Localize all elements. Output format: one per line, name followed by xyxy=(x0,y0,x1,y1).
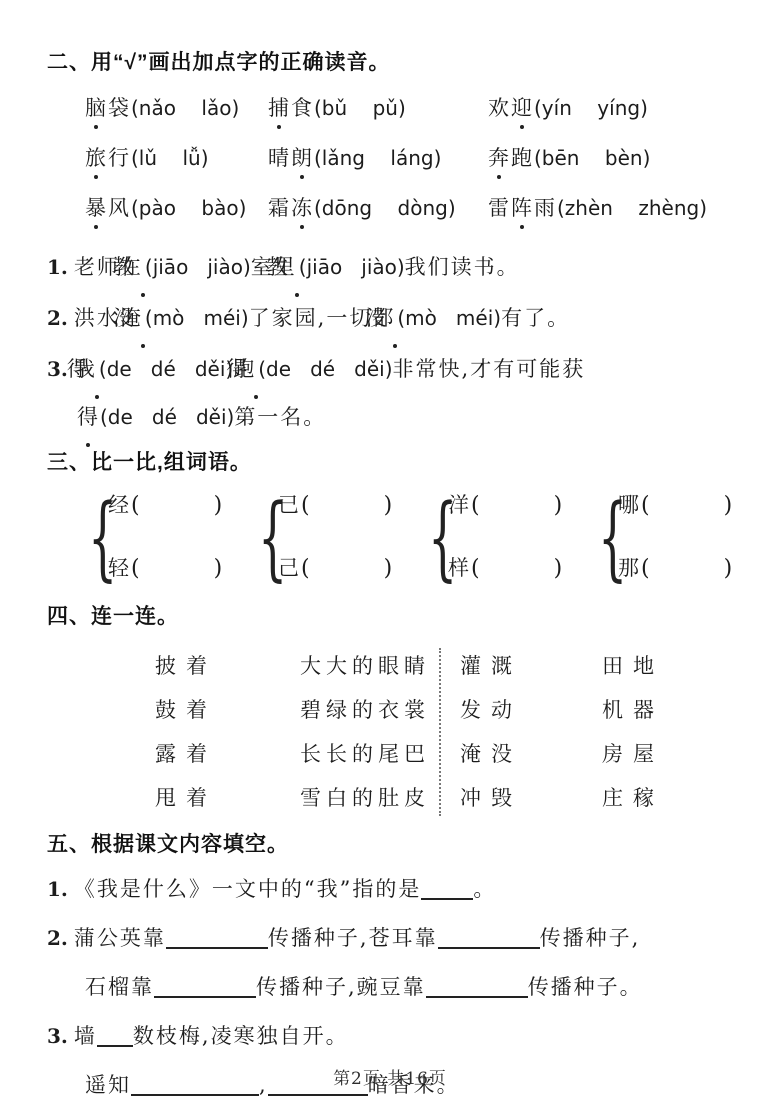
word-entry: 捕食(bǔ pǔ) xyxy=(268,92,488,142)
item-number: 3. xyxy=(47,357,68,381)
open-paren: ( xyxy=(131,556,140,581)
pinyin-options: (bǔ pǔ) xyxy=(314,96,406,120)
brace-glyph: { xyxy=(428,488,438,588)
close-paren: ) xyxy=(384,556,393,581)
pinyin-options: (lǎng láng) xyxy=(314,146,441,170)
word-entry: 暴风(pào bào) xyxy=(85,192,268,242)
match-item: 房屋 xyxy=(602,732,664,776)
pinyin-word-grid: 脑袋(nǎo lǎo) 捕食(bǔ pǔ) 欢迎(yín yíng) 旅行(lǔ… xyxy=(85,92,740,242)
dotted-char: 冻 xyxy=(291,192,312,222)
answer-blank xyxy=(166,931,268,949)
pinyin-options: (de dé děi) xyxy=(100,405,234,429)
compare-group: { 哪() 那() xyxy=(598,488,740,588)
word-pre: 晴 xyxy=(268,146,291,170)
pinyin-options: (mò méi) xyxy=(145,306,249,330)
match-item: 露着 xyxy=(155,732,300,776)
match-column-left-phrases: 大大的眼睛 碧绿的衣裳 长长的尾巴 雪白的肚皮 xyxy=(300,644,439,820)
item-number: 1. xyxy=(47,255,68,279)
answer-blank xyxy=(438,931,540,949)
match-item: 甩着 xyxy=(155,776,300,820)
match-item: 机器 xyxy=(602,688,664,732)
word-post: 风 xyxy=(108,196,131,220)
item-text: 传播种子, xyxy=(540,926,641,950)
word-pre: 霜 xyxy=(268,196,291,220)
answer-blank xyxy=(97,1029,133,1047)
close-paren: ) xyxy=(724,556,733,581)
match-item: 碧绿的衣裳 xyxy=(300,688,439,732)
fill-blank-item-2-line-1: 2.蒲公英靠传播种子,苍耳靠传播种子, xyxy=(47,923,740,956)
answer-blank xyxy=(421,882,473,900)
dotted-char: 暴 xyxy=(85,192,106,222)
pinyin-options: (mò méi) xyxy=(397,306,501,330)
pinyin-options: (lǔ lǚ) xyxy=(131,146,209,170)
pinyin-options: (yín yíng) xyxy=(534,96,648,120)
close-paren: ) xyxy=(554,556,563,581)
pinyin-options: (de dé děi) xyxy=(258,357,392,381)
match-item: 鼓着 xyxy=(155,688,300,732)
word-entry: 脑袋(nǎo lǎo) xyxy=(85,92,268,142)
pinyin-options: (jiāo jiào) xyxy=(299,255,405,279)
match-item: 大大的眼睛 xyxy=(300,644,439,688)
open-paren: ( xyxy=(641,556,650,581)
compare-group: { 经() 轻() xyxy=(88,488,230,588)
word-post: 袋 xyxy=(108,96,131,120)
close-paren: ) xyxy=(554,493,563,518)
sentence-text: 我们读书。 xyxy=(405,255,520,279)
page-number: 第2页,共16页 xyxy=(0,1064,780,1089)
word-post: 雨 xyxy=(534,196,557,220)
match-item: 披着 xyxy=(155,644,300,688)
sentence-3: 3.我得(de dé děi)跑得(de dé děi)非常快,才有可能获 xyxy=(47,346,740,395)
sentence-text: 有了。 xyxy=(501,306,570,330)
dotted-char: 脑 xyxy=(85,92,106,122)
item-text: 传播种子,苍耳靠 xyxy=(268,926,438,950)
compare-group: { 已() 己() xyxy=(258,488,400,588)
pinyin-options: (bēn bèn) xyxy=(534,146,650,170)
compare-group: { 洋() 样() xyxy=(428,488,570,588)
close-paren: ) xyxy=(384,493,393,518)
fill-blank-item-1: 1.《我是什么》一文中的“我”指的是。 xyxy=(47,874,740,907)
word-compare-groups: { 经() 轻() { 已() 己() { 洋() 样() { 哪() 那() xyxy=(88,488,740,588)
brace-glyph: { xyxy=(258,488,268,588)
dotted-divider xyxy=(439,648,441,816)
item-text: 数枝梅,凌寒独自开。 xyxy=(133,1024,349,1048)
word-entry: 晴朗(lǎng láng) xyxy=(268,142,488,192)
word-post: 食 xyxy=(291,96,314,120)
pinyin-options: (zhèn zhèng) xyxy=(557,196,707,220)
open-paren: ( xyxy=(471,556,480,581)
match-item: 发动 xyxy=(460,688,602,732)
item-number: 3. xyxy=(47,1024,68,1048)
section-four-heading: 四、连一连。 xyxy=(47,602,740,632)
match-item: 田地 xyxy=(602,644,664,688)
item-text: 《我是什么》一文中的“我”指的是 xyxy=(74,877,421,901)
pinyin-options: (de dé děi) xyxy=(99,357,233,381)
close-paren: ) xyxy=(214,493,223,518)
sentence-1: 1.老师在教(jiāo jiào)室里教(jiāo jiào)我们读书。 xyxy=(47,244,740,293)
match-column-right-objects: 田地 机器 房屋 庄稼 xyxy=(602,644,664,820)
match-item: 淹没 xyxy=(460,732,602,776)
open-paren: ( xyxy=(131,493,140,518)
brace-glyph: { xyxy=(88,488,98,588)
word-entry: 霜冻(dōng dòng) xyxy=(268,192,488,242)
item-text: 传播种子。 xyxy=(528,975,643,999)
item-text: 蒲公英靠 xyxy=(74,926,166,950)
word-post: 跑 xyxy=(511,146,534,170)
dotted-char: 捕 xyxy=(268,92,289,122)
open-paren: ( xyxy=(471,493,480,518)
brace-glyph: { xyxy=(598,488,608,588)
item-text: 传播种子,豌豆靠 xyxy=(256,975,426,999)
dotted-char: 旅 xyxy=(85,142,106,172)
word-post: 行 xyxy=(108,146,131,170)
answer-blank xyxy=(426,980,528,998)
open-paren: ( xyxy=(301,493,310,518)
pinyin-options: (jiāo jiào) xyxy=(145,255,251,279)
pinyin-options: (nǎo lǎo) xyxy=(131,96,239,120)
matching-exercise: 披着 鼓着 露着 甩着 大大的眼睛 碧绿的衣裳 长长的尾巴 雪白的肚皮 灌溉 发… xyxy=(155,644,740,820)
pinyin-options: (dōng dòng) xyxy=(314,196,456,220)
match-item: 冲毁 xyxy=(460,776,602,820)
worksheet-page: 二、用“√”画出加点字的正确读音。 脑袋(nǎo lǎo) 捕食(bǔ pǔ) … xyxy=(0,0,780,1103)
sentence-text: 第一名。 xyxy=(234,405,326,429)
close-paren: ) xyxy=(724,493,733,518)
word-pre: 雷 xyxy=(488,196,511,220)
dotted-char: 迎 xyxy=(511,92,532,122)
item-number: 1. xyxy=(47,877,68,901)
dotted-char: 朗 xyxy=(291,142,312,172)
word-entry: 欢迎(yín yíng) xyxy=(488,92,740,142)
open-paren: ( xyxy=(301,556,310,581)
item-text: 。 xyxy=(473,877,496,901)
section-five-heading: 五、根据课文内容填空。 xyxy=(47,830,740,860)
pinyin-options: (pào bào) xyxy=(131,196,246,220)
close-paren: ) xyxy=(214,556,223,581)
item-text: 墙 xyxy=(74,1024,97,1048)
answer-blank xyxy=(154,980,256,998)
item-number: 2. xyxy=(47,926,68,950)
match-column-left-terms: 披着 鼓着 露着 甩着 xyxy=(155,644,300,820)
item-text: 石榴靠 xyxy=(85,975,154,999)
match-item: 长长的尾巴 xyxy=(300,732,439,776)
match-item: 庄稼 xyxy=(602,776,664,820)
word-entry: 奔跑(bēn bèn) xyxy=(488,142,740,192)
word-entry: 旅行(lǔ lǚ) xyxy=(85,142,268,192)
fill-blank-item-3-line-1: 3.墙数枝梅,凌寒独自开。 xyxy=(47,1021,740,1054)
match-item: 灌溉 xyxy=(460,644,602,688)
sentence-text: 非常快,才有可能获 xyxy=(393,357,586,381)
dotted-char: 得 xyxy=(77,395,98,440)
match-item: 雪白的肚皮 xyxy=(300,776,439,820)
open-paren: ( xyxy=(641,493,650,518)
sentence-2: 2.洪水淹没(mò méi)了家园,一切都没(mò méi)有了。 xyxy=(47,295,740,344)
section-two-heading: 二、用“√”画出加点字的正确读音。 xyxy=(47,48,740,78)
dotted-char: 奔 xyxy=(488,142,509,172)
dotted-char: 阵 xyxy=(511,192,532,222)
section-three-heading: 三、比一比,组词语。 xyxy=(47,448,740,478)
fill-blank-item-2-line-2: 石榴靠传播种子,豌豆靠传播种子。 xyxy=(47,972,740,1005)
item-number: 2. xyxy=(47,306,68,330)
match-column-right-terms: 灌溉 发动 淹没 冲毁 xyxy=(450,644,602,820)
sentence-3-continued: 得(de dé děi)第一名。 xyxy=(47,395,740,442)
word-pre: 欢 xyxy=(488,96,511,120)
word-entry: 雷阵雨(zhèn zhèng) xyxy=(488,192,740,242)
